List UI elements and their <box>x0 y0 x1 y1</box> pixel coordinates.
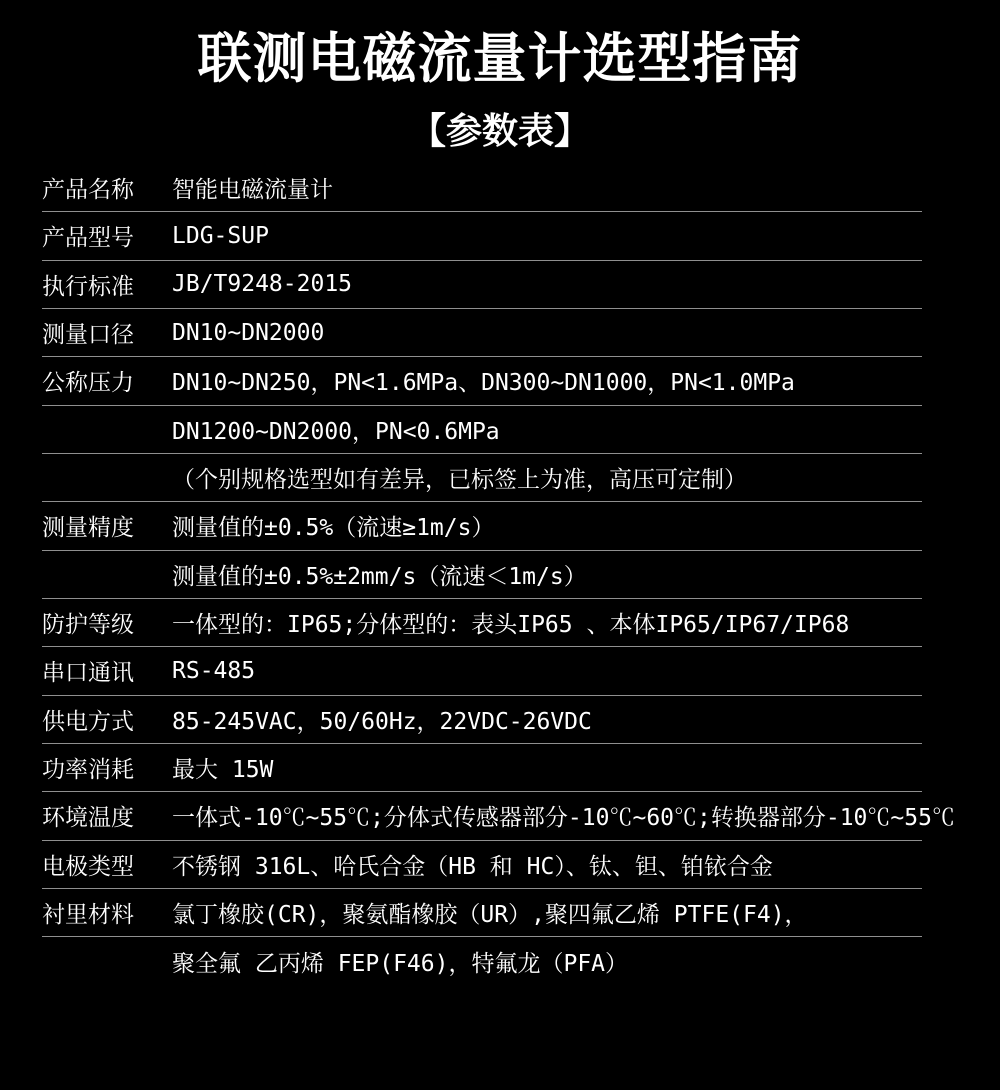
row-value: 测量值的±0.5%（流速≥1m/s） <box>172 509 922 542</box>
row-value: DN1200~DN2000，PN<0.6MPa <box>172 413 922 446</box>
row-value: LDG-SUP <box>172 223 922 249</box>
table-row: 串口通讯 RS-485 <box>42 647 922 695</box>
row-value: 聚全氟 乙丙烯 FEP(F46)，特氟龙（PFA） <box>172 945 922 978</box>
spec-sheet-page: 联测电磁流量计选型指南 【参数表】 产品名称 智能电磁流量计 产品型号 LDG-… <box>0 0 1000 1090</box>
table-row: 测量口径 DN10~DN2000 <box>42 309 922 357</box>
row-value: RS-485 <box>172 658 922 684</box>
row-label: 测量精度 <box>42 509 172 542</box>
table-row: DN1200~DN2000，PN<0.6MPa <box>42 406 922 454</box>
row-value: 一体式-10℃~55℃;分体式传感器部分-10℃~60℃;转换器部分-10℃~5… <box>172 799 955 832</box>
table-row: 测量精度 测量值的±0.5%（流速≥1m/s） <box>42 502 922 550</box>
page-subtitle: 【参数表】 <box>0 108 1000 154</box>
table-row: （个别规格选型如有差异，已标签上为准，高压可定制） <box>42 454 922 502</box>
row-value: DN10~DN2000 <box>172 320 922 346</box>
table-row: 测量值的±0.5%±2mm/s（流速＜1m/s） <box>42 551 922 599</box>
table-row: 产品名称 智能电磁流量计 <box>42 164 922 212</box>
row-label: 执行标准 <box>42 268 172 301</box>
row-label: 公称压力 <box>42 364 172 397</box>
page-title: 联测电磁流量计选型指南 <box>0 28 1000 90</box>
row-value: 最大 15W <box>172 751 922 784</box>
row-label: 产品型号 <box>42 219 172 252</box>
row-value: 85-245VAC，50/60Hz，22VDC-26VDC <box>172 703 922 736</box>
table-row: 公称压力 DN10~DN250，PN<1.6MPa、DN300~DN1000，P… <box>42 357 922 405</box>
row-label: 测量口径 <box>42 316 172 349</box>
table-row: 产品型号 LDG-SUP <box>42 212 922 260</box>
row-label: 供电方式 <box>42 703 172 736</box>
row-value: DN10~DN250，PN<1.6MPa、DN300~DN1000，PN<1.0… <box>172 364 922 397</box>
row-value: （个别规格选型如有差异，已标签上为准，高压可定制） <box>172 461 922 494</box>
row-label: 防护等级 <box>42 606 172 639</box>
row-value: JB/T9248-2015 <box>172 271 922 297</box>
row-value: 氯丁橡胶(CR)，聚氨酯橡胶（UR）,聚四氟乙烯 PTFE(F4)， <box>172 896 922 929</box>
row-label: 环境温度 <box>42 799 172 832</box>
table-row: 聚全氟 乙丙烯 FEP(F46)，特氟龙（PFA） <box>42 937 922 985</box>
table-row: 功率消耗 最大 15W <box>42 744 922 792</box>
row-label: 衬里材料 <box>42 896 172 929</box>
table-row: 防护等级 一体型的：IP65;分体型的：表头IP65 、本体IP65/IP67/… <box>42 599 922 647</box>
row-label: 电极类型 <box>42 848 172 881</box>
row-label: 串口通讯 <box>42 654 172 687</box>
table-row: 衬里材料 氯丁橡胶(CR)，聚氨酯橡胶（UR）,聚四氟乙烯 PTFE(F4)， <box>42 889 922 937</box>
row-label: 产品名称 <box>42 171 172 204</box>
row-value: 测量值的±0.5%±2mm/s（流速＜1m/s） <box>172 558 922 591</box>
table-row: 执行标准 JB/T9248-2015 <box>42 261 922 309</box>
table-row: 环境温度 一体式-10℃~55℃;分体式传感器部分-10℃~60℃;转换器部分-… <box>42 792 922 840</box>
row-value: 不锈钢 316L、哈氏合金（HB 和 HC）、钛、钽、铂铱合金 <box>172 848 922 881</box>
row-value: 智能电磁流量计 <box>172 171 922 204</box>
row-label: 功率消耗 <box>42 751 172 784</box>
parameter-table: 产品名称 智能电磁流量计 产品型号 LDG-SUP 执行标准 JB/T9248-… <box>42 164 922 986</box>
table-row: 电极类型 不锈钢 316L、哈氏合金（HB 和 HC）、钛、钽、铂铱合金 <box>42 841 922 889</box>
row-value: 一体型的：IP65;分体型的：表头IP65 、本体IP65/IP67/IP68 <box>172 606 922 639</box>
table-row: 供电方式 85-245VAC，50/60Hz，22VDC-26VDC <box>42 696 922 744</box>
